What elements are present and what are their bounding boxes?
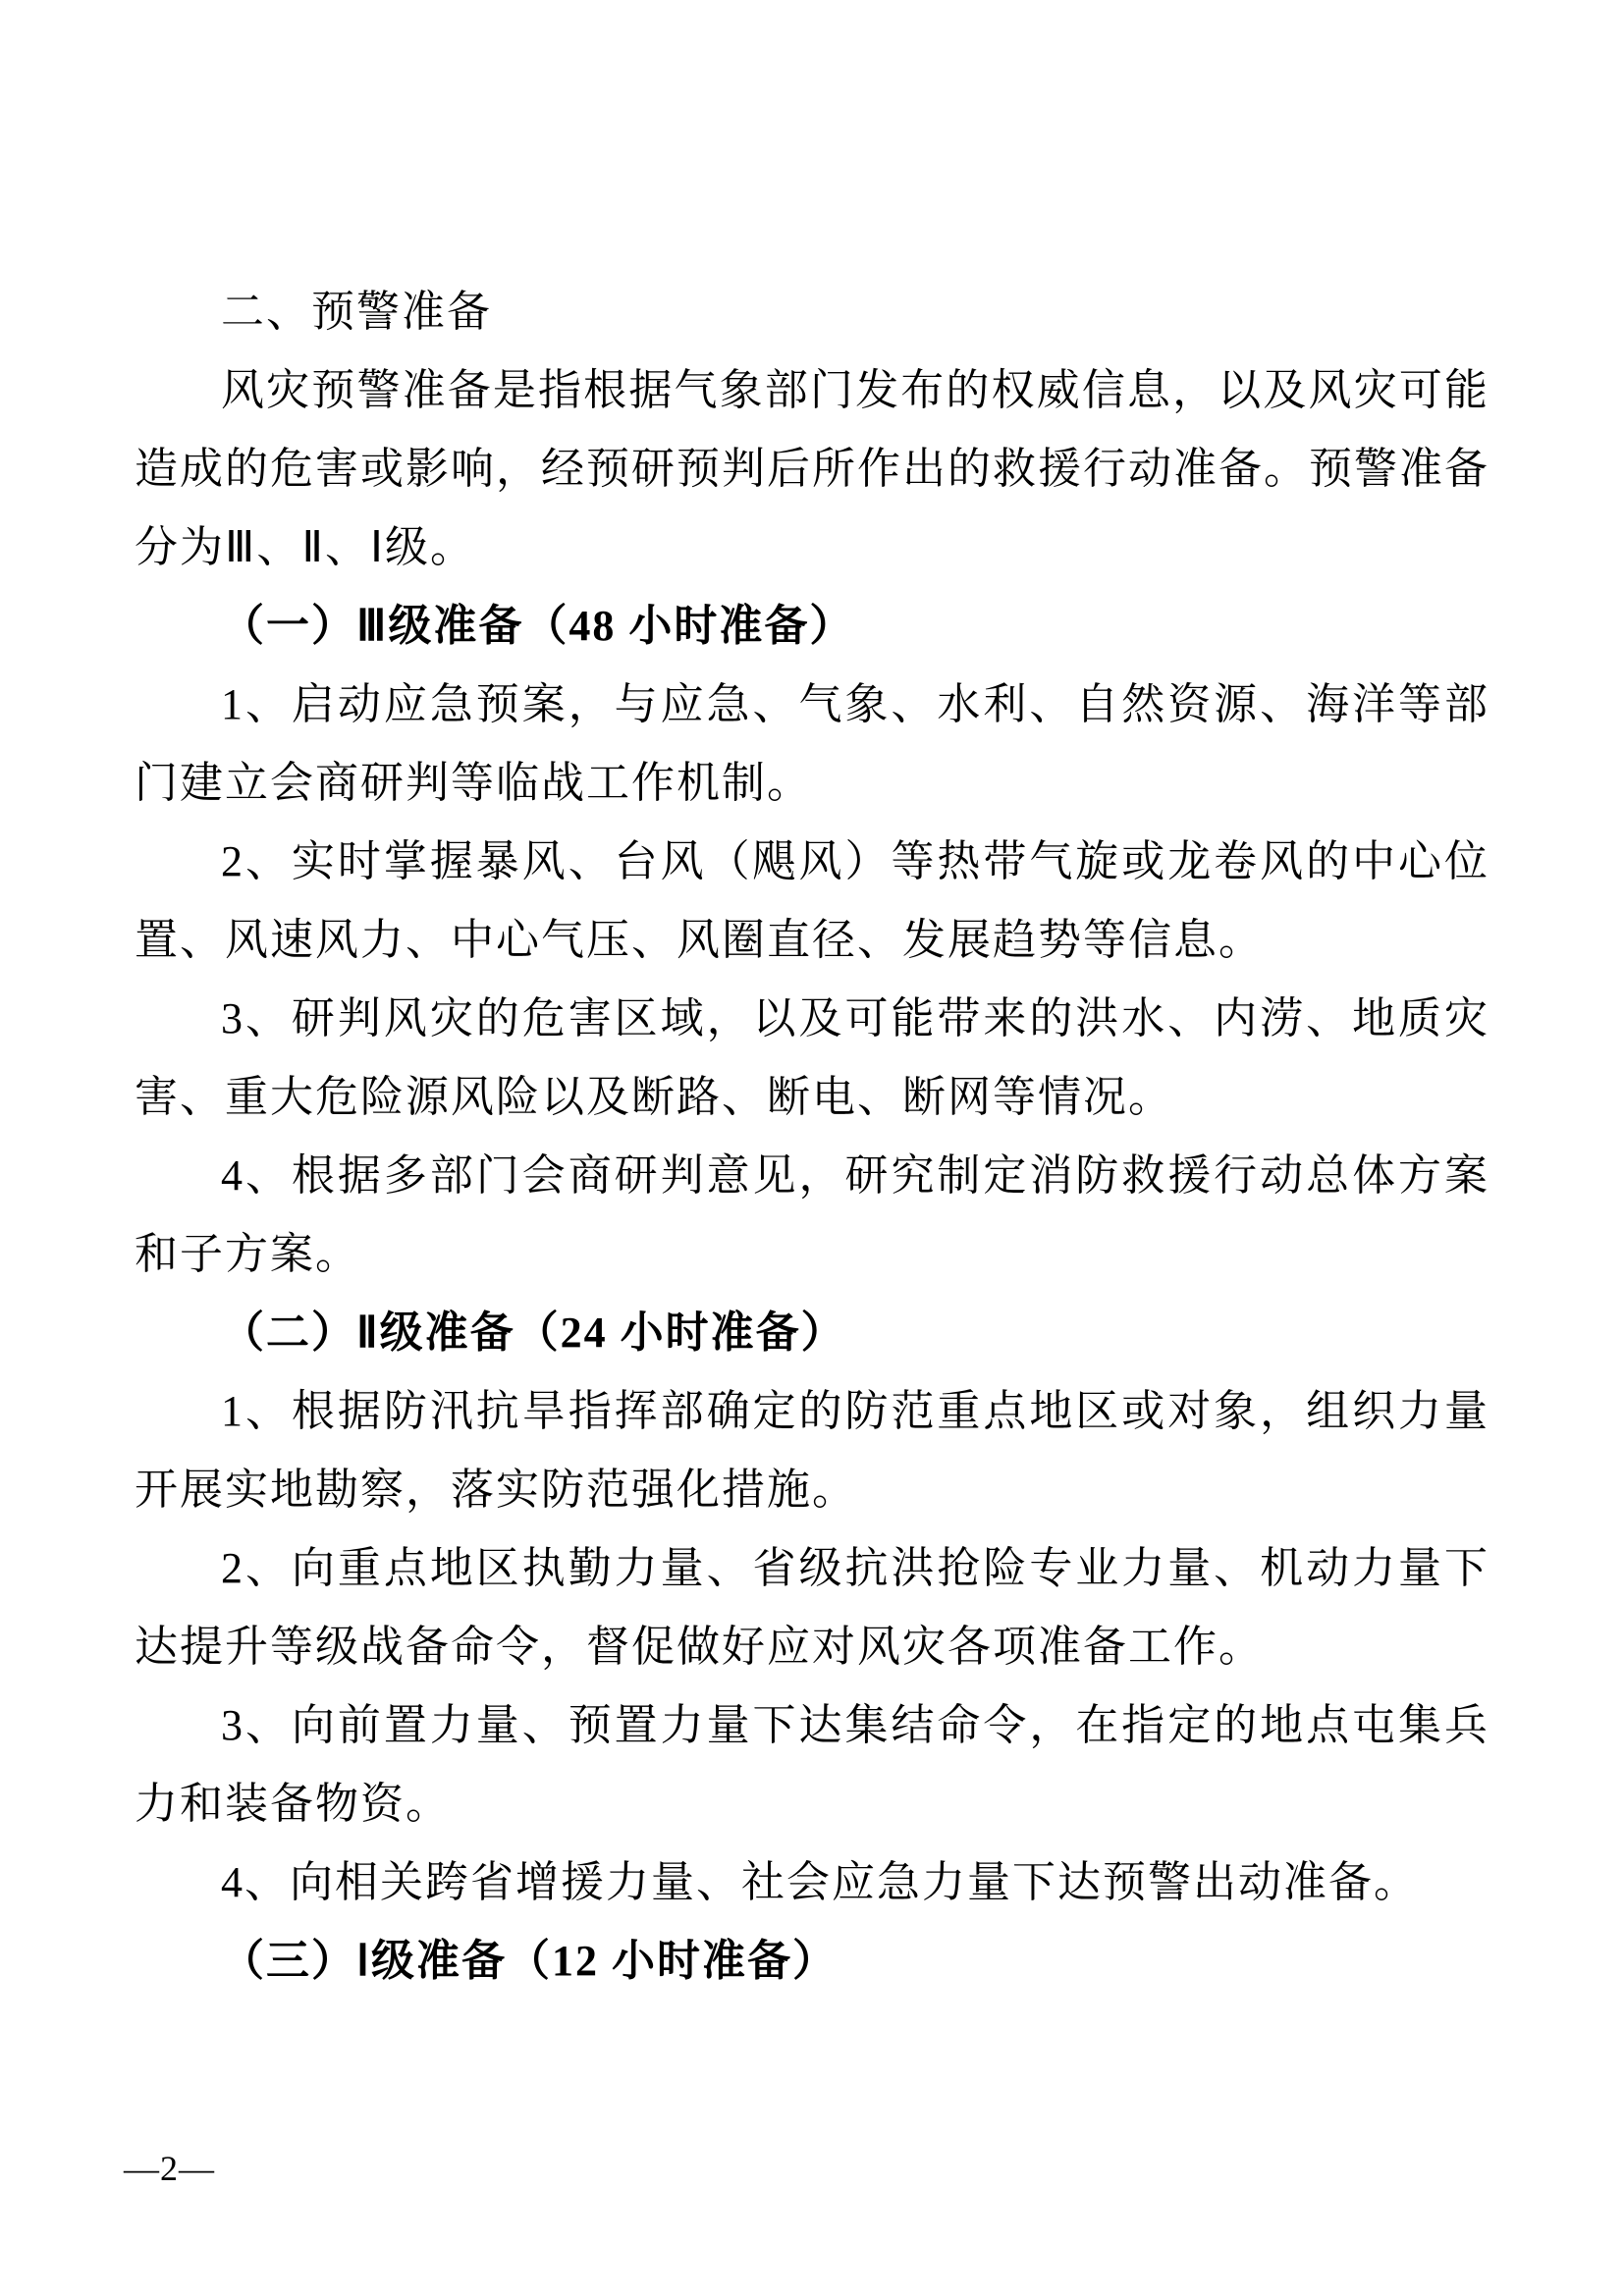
paragraph: 3、研判风灾的危害区域，以及可能带来的洪水、内涝、地质灾害、重大危险源风险以及断… xyxy=(135,980,1489,1137)
document-body: 二、预警准备风灾预警准备是指根据气象部门发布的权威信息，以及风灾可能造成的危害或… xyxy=(135,273,1489,2001)
paragraph: 2、实时掌握暴风、台风（飓风）等热带气旋或龙卷风的中心位置、风速风力、中心气压、… xyxy=(135,823,1489,980)
section-heading: （三）Ⅰ级准备（12 小时准备） xyxy=(135,1922,1489,2001)
paragraph: 风灾预警准备是指根据气象部门发布的权威信息，以及风灾可能造成的危害或影响，经预研… xyxy=(135,351,1489,587)
paragraph: 2、向重点地区执勤力量、省级抗洪抢险专业力量、机动力量下达提升等级战备命令，督促… xyxy=(135,1529,1489,1686)
section-heading: （二）Ⅱ级准备（24 小时准备） xyxy=(135,1294,1489,1372)
paragraph: 1、启动应急预案，与应急、气象、水利、自然资源、海洋等部门建立会商研判等临战工作… xyxy=(135,666,1489,823)
section-heading: （一）Ⅲ级准备（48 小时准备） xyxy=(135,587,1489,666)
document-page: 二、预警准备风灾预警准备是指根据气象部门发布的权威信息，以及风灾可能造成的危害或… xyxy=(0,0,1624,2296)
paragraph: 4、向相关跨省增援力量、社会应急力量下达预警出动准备。 xyxy=(135,1843,1489,1922)
page-number: —2— xyxy=(124,2148,215,2189)
paragraph: 3、向前置力量、预置力量下达集结命令，在指定的地点屯集兵力和装备物资。 xyxy=(135,1686,1489,1843)
paragraph: 4、根据多部门会商研判意见，研究制定消防救援行动总体方案和子方案。 xyxy=(135,1137,1489,1294)
paragraph: 1、根据防汛抗旱指挥部确定的防范重点地区或对象，组织力量开展实地勘察，落实防范强… xyxy=(135,1372,1489,1529)
section-title: 二、预警准备 xyxy=(135,273,1489,351)
